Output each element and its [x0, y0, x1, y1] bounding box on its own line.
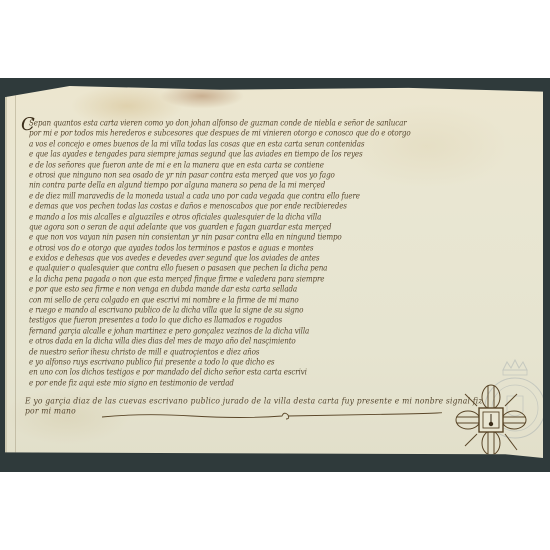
parchment-sheet: C Sepan quantos esta carta vieren como y…	[5, 86, 543, 458]
fold-line	[15, 86, 16, 458]
flourish-line	[102, 409, 442, 423]
text-line: e por ende fiz aqui este mio signo en te…	[29, 377, 529, 389]
notary-sign-icon	[455, 384, 527, 456]
charter-body: Sepan quantos esta carta vieren como yo …	[29, 118, 529, 388]
